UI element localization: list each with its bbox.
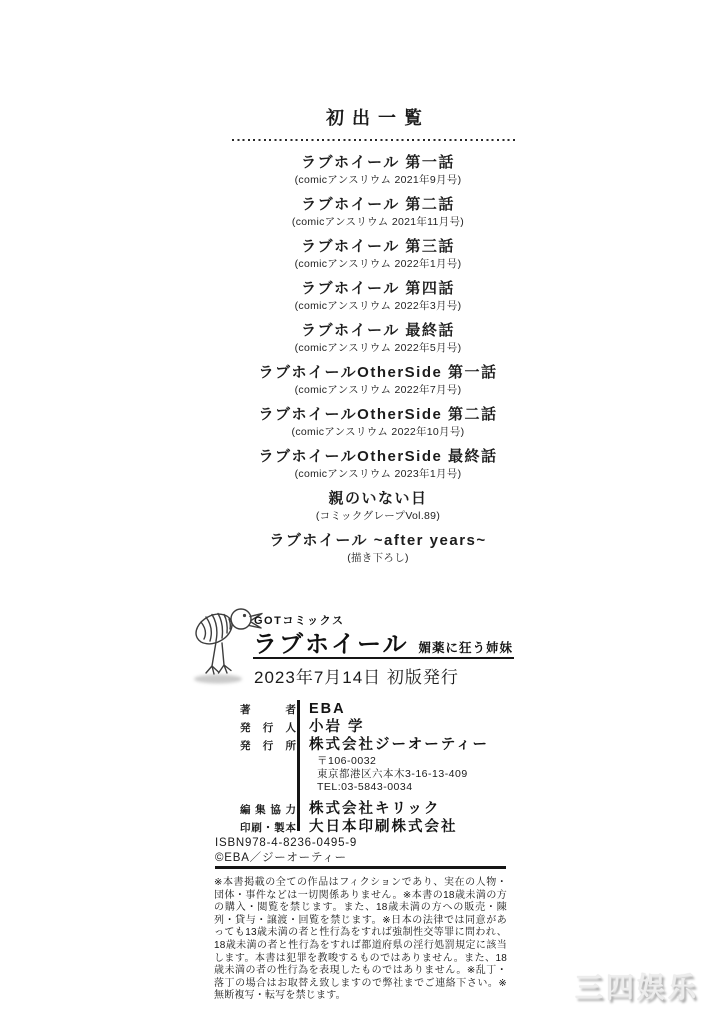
chapter-source: (comicアンスリウム 2022年3月号) <box>295 299 462 314</box>
book-title: ラブホイール <box>253 624 409 659</box>
list-item: ラブホイールOtherSide 最終話 (comicアンスリウム 2023年1月… <box>258 447 497 482</box>
copyright-line: ©EBA／ジーオーティー <box>215 851 357 866</box>
publisher-address: 〒106-0032 東京都港区六本木3-16-13-409 TEL:03-584… <box>309 754 489 796</box>
list-item: ラブホイールOtherSide 第二話 (comicアンスリウム 2022年10… <box>258 405 497 440</box>
chapter-title: ラブホイールOtherSide 最終話 <box>258 447 497 467</box>
chapter-source: (comicアンスリウム 2021年11月号) <box>292 215 464 230</box>
credit-label: 発 行 人 <box>240 718 296 735</box>
chapter-title: 親のいない日 <box>316 489 440 509</box>
first-publication-list: ラブホイール 第一話 (comicアンスリウム 2021年9月号) ラブホイール… <box>36 153 720 573</box>
chapter-source: (comicアンスリウム 2023年1月号) <box>258 467 497 482</box>
credit-label: 印刷・製本 <box>240 818 296 835</box>
credit-label: 発 行 所 <box>240 736 296 753</box>
title-divider <box>253 657 514 659</box>
watermark: 三四娱乐 <box>575 966 699 1006</box>
chapter-title: ラブホイール 第二話 <box>292 195 464 215</box>
phone-line: TEL:03-5843-0034 <box>317 781 489 794</box>
list-item: ラブホイール 最終話 (comicアンスリウム 2022年5月号) <box>295 321 462 356</box>
chapter-title: ラブホイールOtherSide 第一話 <box>258 363 497 383</box>
table-row: 発 行 人 小岩 学 <box>240 718 489 736</box>
isbn-number: ISBN978-4-8236-0495-9 <box>215 836 357 851</box>
footer-divider <box>215 866 506 869</box>
chapter-title: ラブホイール 第四話 <box>295 279 462 299</box>
chapter-source: (comicアンスリウム 2022年5月号) <box>295 341 462 356</box>
chapter-title: ラブホイール 第一話 <box>295 153 462 173</box>
chapter-source: (comicアンスリウム 2022年10月号) <box>258 425 497 440</box>
chapter-title: ラブホイールOtherSide 第二話 <box>258 405 497 425</box>
book-title-row: ラブホイール 媚薬に狂う姉妹 <box>253 624 513 659</box>
dotted-divider <box>232 139 515 141</box>
chapter-source: (comicアンスリウム 2022年1月号) <box>295 257 462 272</box>
credit-label: 編集協力 <box>240 800 296 817</box>
list-item: ラブホイール 第四話 (comicアンスリウム 2022年3月号) <box>295 279 462 314</box>
legal-disclaimer: ※本書掲載の全ての作品はフィクションであり、実在の人物・団体・事件などは一切関係… <box>214 877 507 1003</box>
credit-value: 株式会社キリック <box>309 801 440 817</box>
credit-value: 小岩 学 <box>309 719 365 735</box>
postal-code: 〒106-0032 <box>317 755 489 768</box>
table-row: 発 行 所 株式会社ジーオーティー 〒106-0032 東京都港区六本木3-16… <box>240 736 489 796</box>
table-row: 印刷・製本 大日本印刷株式会社 <box>240 818 489 836</box>
list-item: ラブホイール 第三話 (comicアンスリウム 2022年1月号) <box>295 237 462 272</box>
list-item: ラブホイールOtherSide 第一話 (comicアンスリウム 2022年7月… <box>258 363 497 398</box>
chapter-source: (描き下ろし) <box>269 551 486 566</box>
table-row: 著 者 EBA <box>240 700 489 718</box>
list-item: 親のいない日 (コミックグレープVol.89) <box>316 489 440 524</box>
credit-value: EBA <box>309 701 346 717</box>
chapter-source: (comicアンスリウム 2022年7月号) <box>258 383 497 398</box>
chapter-source: (comicアンスリウム 2021年9月号) <box>295 173 462 188</box>
first-publication-list-title: 初出一覧 <box>36 104 720 130</box>
chapter-title: ラブホイール ~after years~ <box>269 531 486 551</box>
list-item: ラブホイール 第一話 (comicアンスリウム 2021年9月号) <box>295 153 462 188</box>
table-row: 編集協力 株式会社キリック <box>240 800 489 818</box>
chapter-title: ラブホイール 最終話 <box>295 321 462 341</box>
list-item: ラブホイール 第二話 (comicアンスリウム 2021年11月号) <box>292 195 464 230</box>
list-item: ラブホイール ~after years~ (描き下ろし) <box>269 531 486 566</box>
chapter-title: ラブホイール 第三話 <box>295 237 462 257</box>
credit-label: 著 者 <box>240 700 296 717</box>
credit-value: 大日本印刷株式会社 <box>309 819 458 835</box>
credit-value: 株式会社ジーオーティー <box>309 737 489 753</box>
isbn-block: ISBN978-4-8236-0495-9 ©EBA／ジーオーティー <box>215 836 357 865</box>
address-line: 東京都港区六本木3-16-13-409 <box>317 768 489 781</box>
chapter-source: (コミックグレープVol.89) <box>316 509 440 524</box>
book-subtitle: 媚薬に狂う姉妹 <box>419 638 514 656</box>
edition-date: 2023年7月14日 初版発行 <box>254 663 459 688</box>
credits-table: 著 者 EBA 発 行 人 小岩 学 発 行 所 株式会社ジーオーティー 〒10… <box>240 700 489 836</box>
